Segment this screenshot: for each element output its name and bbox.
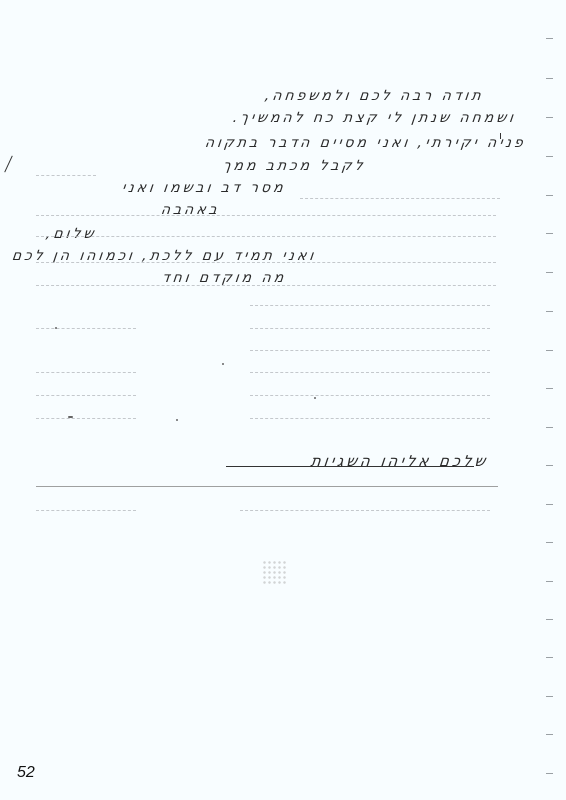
page-number: 52 xyxy=(17,764,35,782)
scan-speck xyxy=(55,327,57,329)
margin-tick xyxy=(546,619,553,620)
margin-tick xyxy=(546,581,553,582)
margin-tick xyxy=(546,696,553,697)
ruled-line xyxy=(36,285,496,286)
scanned-page: תודה רבה לכם ולמשפחה, ושמחה שנתן לי קצת … xyxy=(0,0,566,800)
signature-underline xyxy=(226,466,474,467)
ruled-line xyxy=(240,510,490,511)
ruled-line xyxy=(250,372,490,373)
margin-tick xyxy=(546,773,553,774)
letter-line-1: תודה רבה לכם ולמשפחה, xyxy=(264,88,485,104)
margin-tick xyxy=(546,233,553,234)
scan-speck xyxy=(222,363,224,365)
ruled-line xyxy=(250,395,490,396)
margin-mark xyxy=(4,156,13,173)
letter-line-3: פניה יקירתי, ואני מסיים הדבר בתקוה xyxy=(204,135,527,151)
margin-tick xyxy=(546,311,553,312)
ruled-line xyxy=(36,236,496,237)
ruled-line xyxy=(250,328,490,329)
signature: שלכם אליהו השגיות xyxy=(309,452,489,470)
ruled-line xyxy=(250,418,490,419)
margin-tick xyxy=(546,38,553,39)
margin-mark-right xyxy=(500,133,501,139)
margin-tick xyxy=(546,542,553,543)
scan-speck xyxy=(68,416,73,418)
ruled-line xyxy=(36,175,96,176)
margin-tick xyxy=(546,734,553,735)
ruled-line xyxy=(250,350,490,351)
ruled-line xyxy=(300,198,500,199)
ruled-line xyxy=(36,418,136,419)
ruled-line xyxy=(250,305,490,306)
ruled-line xyxy=(36,328,136,329)
margin-tick xyxy=(546,657,553,658)
letter-line-7: שלום, xyxy=(44,226,97,242)
margin-tick xyxy=(546,156,553,157)
margin-tick xyxy=(546,504,553,505)
margin-tick xyxy=(546,78,553,79)
scan-speck xyxy=(176,419,178,421)
ruled-line xyxy=(36,395,136,396)
ruled-line xyxy=(36,262,496,263)
scan-speck xyxy=(314,397,316,399)
letter-line-2: ושמחה שנתן לי קצת כח להמשיך. xyxy=(232,110,517,126)
margin-tick xyxy=(546,272,553,273)
margin-tick xyxy=(546,350,553,351)
ruled-line xyxy=(36,372,136,373)
letter-line-4: לקבל מכתב ממך xyxy=(222,158,367,174)
margin-tick xyxy=(546,195,553,196)
margin-tick xyxy=(546,388,553,389)
ruled-line xyxy=(36,215,496,216)
letter-line-5: מסר דב ובשמו ואני xyxy=(121,180,287,196)
letter-line-9: מה מוקדם וחד xyxy=(161,270,288,286)
ruled-line xyxy=(36,510,136,511)
margin-tick xyxy=(546,465,553,466)
margin-tick xyxy=(546,117,553,118)
margin-tick xyxy=(546,427,553,428)
ruled-line xyxy=(36,486,498,487)
faint-stamp xyxy=(262,560,288,584)
